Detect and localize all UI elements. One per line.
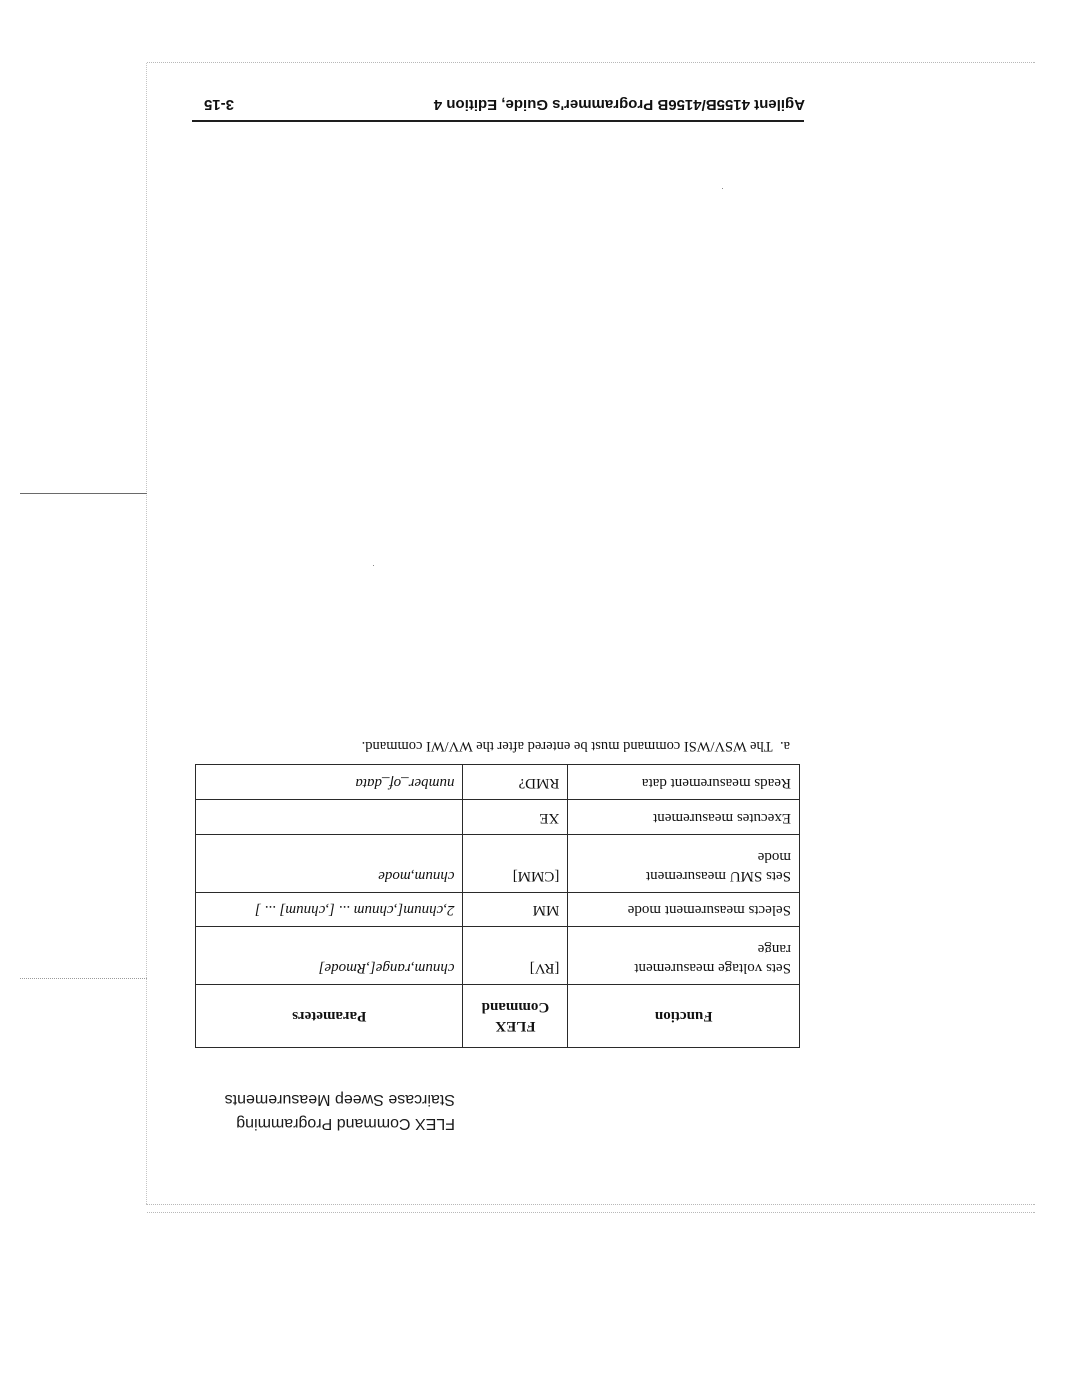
footer-page-number: 3-15 bbox=[204, 96, 234, 113]
cell-function: Executes measurement bbox=[568, 800, 800, 835]
scan-speck bbox=[373, 565, 374, 566]
scanned-page: FLEX Command Programming Staircase Sweep… bbox=[0, 0, 1080, 1399]
cell-parameters: 2,chnum[,chnum ... [,chnum] ... ] bbox=[196, 893, 463, 927]
cell-parameters: chnum,range[,Rmode] bbox=[196, 927, 463, 985]
footer-document-title: Agilent 4155B/4156B Programmer's Guide, … bbox=[434, 96, 805, 113]
cell-command: MM bbox=[463, 893, 568, 927]
table-row: Executes measurement XE bbox=[196, 800, 800, 835]
cell-parameters bbox=[196, 800, 463, 835]
cell-function: Selects measurement mode bbox=[568, 893, 800, 927]
scan-artifact-line bbox=[20, 978, 147, 979]
section-heading-line1: FLEX Command Programming bbox=[236, 1113, 455, 1133]
cell-command: RMD? bbox=[463, 765, 568, 800]
header-parameters: Parameters bbox=[196, 985, 463, 1048]
footnote-marker: a. bbox=[776, 737, 790, 754]
scan-speck bbox=[722, 188, 723, 189]
table-footnote: a. The WSV/WSI command must be entered a… bbox=[362, 737, 790, 754]
table-row: Selects measurement mode MM 2,chnum[,chn… bbox=[196, 893, 800, 927]
header-command-line1: FLEX bbox=[495, 1018, 535, 1034]
cell-parameters: chnum,mode bbox=[196, 835, 463, 893]
cell-function: Sets SMU measurement mode bbox=[568, 835, 800, 893]
footnote-text: The WSV/WSI command must be entered afte… bbox=[362, 738, 773, 754]
table-row: Sets SMU measurement mode [CMM] chnum,mo… bbox=[196, 835, 800, 893]
cell-function: Reads measurement data bbox=[568, 765, 800, 800]
page-edge-top-shadow bbox=[147, 1212, 1035, 1213]
scan-artifact-line bbox=[20, 493, 147, 494]
flex-command-table: Function FLEX Command Parameters Sets vo… bbox=[195, 764, 800, 1048]
page-edge-right bbox=[146, 63, 147, 1205]
cell-function: Sets voltage measurement range bbox=[568, 927, 800, 985]
page-edge-bottom bbox=[147, 62, 1035, 63]
header-command-line2: Command bbox=[482, 999, 550, 1015]
header-function: Function bbox=[568, 985, 800, 1048]
header-command: FLEX Command bbox=[463, 985, 568, 1048]
table-row: Reads measurement data RMD? number_of_da… bbox=[196, 765, 800, 800]
cell-parameters: number_of_data bbox=[196, 765, 463, 800]
cell-command: [CMM] bbox=[463, 835, 568, 893]
cell-command: XE bbox=[463, 800, 568, 835]
footer-rule bbox=[192, 120, 804, 122]
page-edge-top bbox=[147, 1204, 1035, 1205]
table-row: Sets voltage measurement range [RV] chnu… bbox=[196, 927, 800, 985]
table-header-row: Function FLEX Command Parameters bbox=[196, 985, 800, 1048]
section-heading-line2: Staircase Sweep Measurements bbox=[225, 1089, 455, 1109]
cell-command: [RV] bbox=[463, 927, 568, 985]
